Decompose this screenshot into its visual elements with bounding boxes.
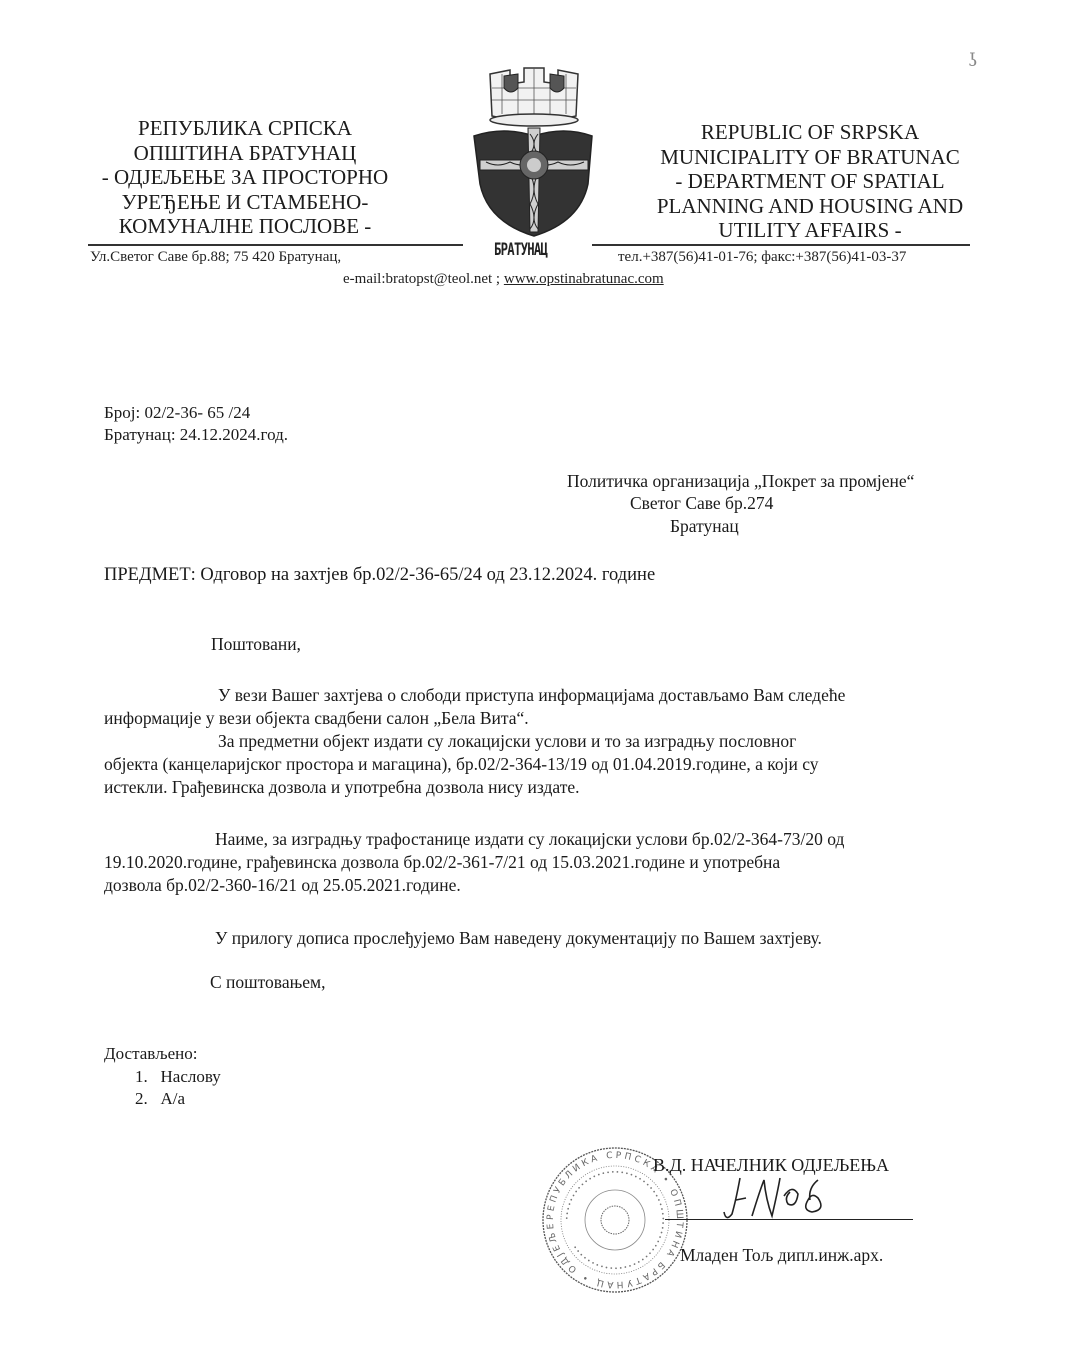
reference-number: Број: 02/2-36- 65 /24 [104,402,250,425]
letterhead-line: РЕПУБЛИКА СРПСКА [95,116,395,141]
letterhead-line: REPUBLIC OF SRPSKA [640,120,980,145]
body-p2-line3: истекли. Грађевинска дозвола и употребна… [104,776,580,799]
closing: С поштовањем, [210,971,325,994]
letterhead-line: UTILITY AFFAIRS - [640,218,980,243]
handwritten-signature [722,1170,852,1225]
letterhead-line: MUNICIPALITY OF BRATUNAC [640,145,980,170]
letterhead-line: - DEPARTMENT OF SPATIAL [640,169,980,194]
website-link[interactable]: www.opstinabratunac.com [504,271,664,287]
letterhead-line: КОМУНАЛНЕ ПОСЛОВЕ - [95,214,395,239]
body-p2-line2: објекта (канцеларијског простора и магац… [104,753,819,776]
email-and-website: e-mail:bratopst@teol.net ; www.opstinabr… [343,271,664,288]
delivered-item: 1. Наслову [135,1066,221,1089]
phone-fax: тел.+387(56)41-01-76; факс:+387(56)41-03… [618,249,906,266]
delivered-item: 2. А/а [135,1088,185,1111]
address: Ул.Светог Саве бр.88; 75 420 Братунац, [90,249,341,266]
body-p2-line1: За предметни објект издати су локацијски… [218,730,796,753]
pen-mark: ʖ [968,50,978,71]
svg-text:••••••••••••••••••••••••••••••: ••••••••••••••••••••••••••••••••••••••••… [564,1169,666,1271]
body-p3-line1: Наиме, за изградњу трафостанице издати с… [215,828,844,851]
letterhead-left: РЕПУБЛИКА СРПСКА ОПШТИНА БРАТУНАЦ - ОДЈЕ… [95,116,395,239]
body-p3-line2: 19.10.2020.године, грађевинска дозвола б… [104,851,780,874]
header-rule-left [88,244,463,246]
body-p1-line2: информације у вези објекта свадбени сало… [104,707,529,730]
body-p4: У прилогу дописа прослеђујемо Вам наведе… [215,927,822,950]
email: e-mail:bratopst@teol.net ; [343,271,500,287]
letterhead-line: УРЕЂЕЊЕ И СТАМБЕНО- [95,190,395,215]
salutation: Поштовани, [211,633,301,656]
letterhead-line: ОПШТИНА БРАТУНАЦ [95,141,395,166]
subject: ПРЕДМЕТ: Одговор на захтјев бр.02/2-36-6… [104,564,655,587]
recipient-street: Светог Саве бр.274 [630,492,773,515]
crest-label: БРАТУНАЦ [494,240,547,260]
body-p3-line3: дозвола бр.02/2-360-16/21 од 25.05.2021.… [104,874,461,897]
body-p1-line1: У вези Вашег захтјева о слободи приступа… [218,684,845,707]
recipient-name: Политичка организација „Покрет за промје… [567,470,914,493]
signature-line [665,1219,913,1220]
signatory-name: Младен Тољ дипл.инж.арх. [680,1245,883,1266]
recipient-city: Братунац [670,515,739,538]
letterhead-line: PLANNING AND HOUSING AND [640,194,980,219]
delivered-label: Достављено: [104,1043,198,1066]
header-rule-right [592,244,970,246]
letterhead-line: - ОДЈЕЉЕЊЕ ЗА ПРОСТОРНО [95,165,395,190]
letterhead-right: REPUBLIC OF SRPSKA MUNICIPALITY OF BRATU… [640,120,980,243]
coat-of-arms-icon [468,64,598,239]
place-date: Братунац: 24.12.2024.год. [104,424,288,447]
